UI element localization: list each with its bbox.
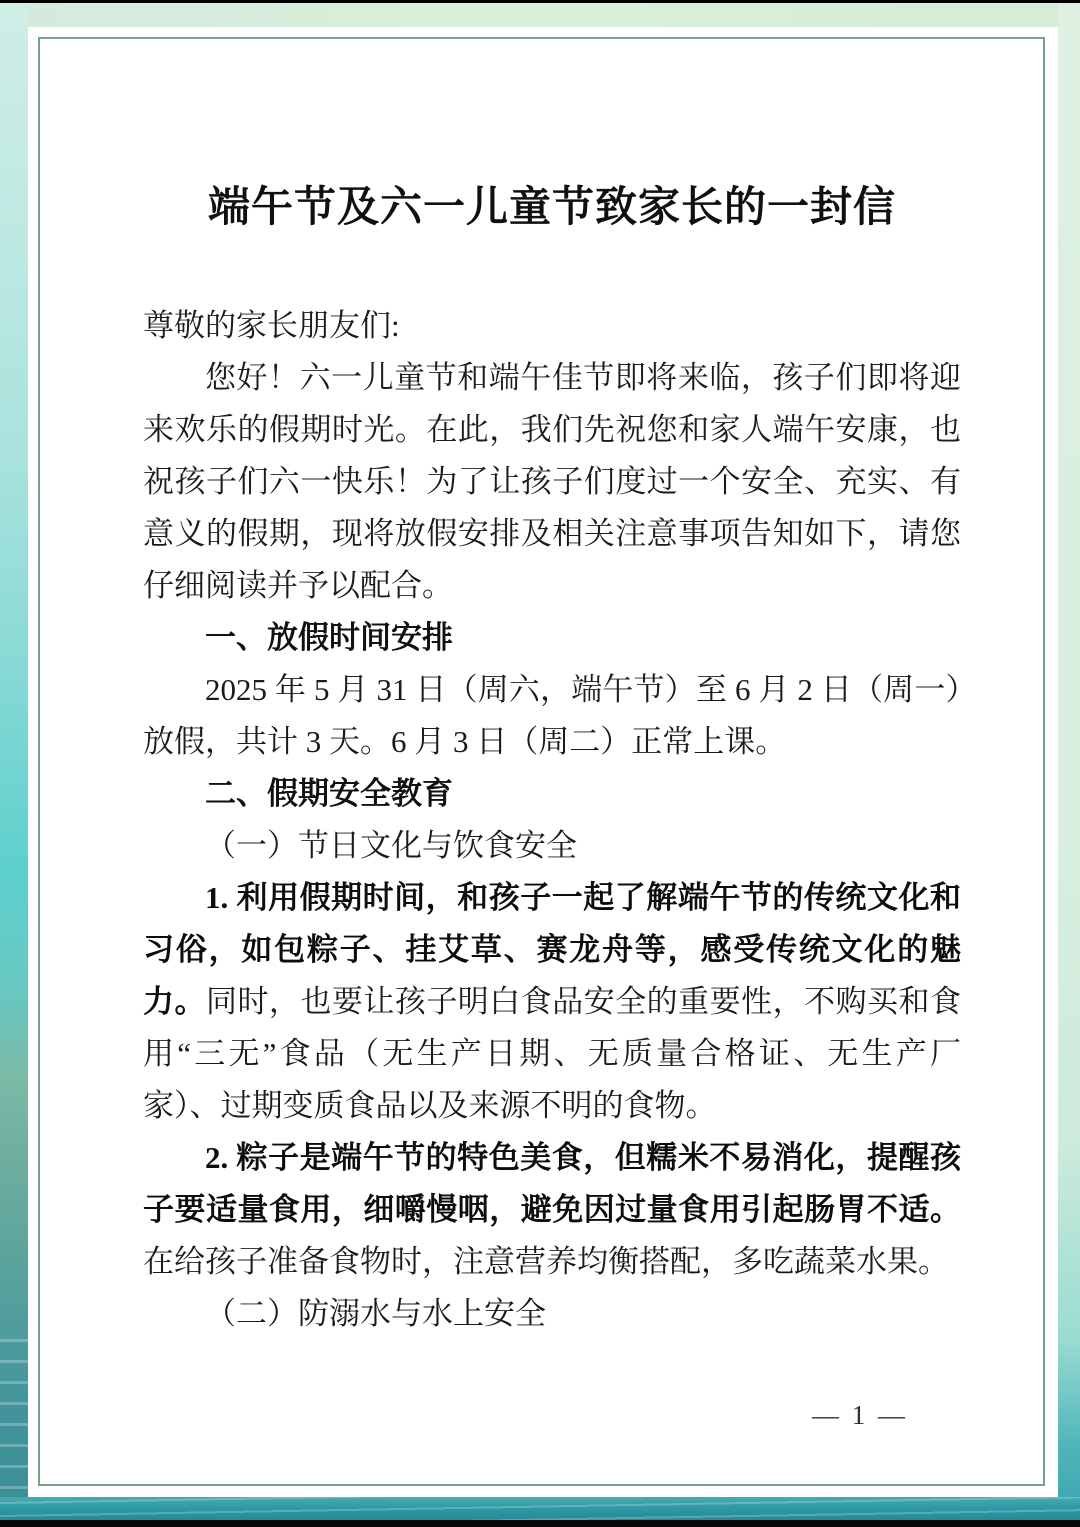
subsection-2-heading: （二）防溺水与水上安全 xyxy=(143,1288,961,1340)
screenshot-bottom-edge xyxy=(0,1520,1080,1527)
border-watercolor-top xyxy=(0,3,1080,27)
border-watercolor-bottom xyxy=(0,1497,1080,1520)
item-2-bold-text: 2. 粽子是端午节的特色美食，但糯米不易消化，提醒孩子要适量食用，细嚼慢咽，避免… xyxy=(143,1140,961,1227)
item-1-paragraph: 1. 利用假期时间，和孩子一起了解端午节的传统文化和习俗，如包粽子、挂艾草、赛龙… xyxy=(143,872,961,1132)
watercolor-water-texture-bottom xyxy=(0,1497,1080,1520)
intro-paragraph: 您好！六一儿童节和端午佳节即将来临，孩子们即将迎来欢乐的假期时光。在此，我们先祝… xyxy=(143,352,961,612)
border-watercolor-right xyxy=(1058,3,1080,1520)
page-number: — 1 — xyxy=(812,1400,908,1431)
item-1-rest-text: 同时，也要让孩子明白食品安全的重要性，不购买和食用“三无”食品（无生产日期、无质… xyxy=(143,984,961,1123)
section-1-heading: 一、放假时间安排 xyxy=(143,612,961,664)
subsection-1-heading: （一）节日文化与饮食安全 xyxy=(143,820,961,872)
item-2-rest-text: 在给孩子准备食物时，注意营养均衡搭配，多吃蔬菜水果。 xyxy=(143,1244,949,1279)
letter-title: 端午节及六一儿童节致家长的一封信 xyxy=(143,180,961,236)
letter-content: 端午节及六一儿童节致家长的一封信 尊敬的家长朋友们: 您好！六一儿童节和端午佳节… xyxy=(143,180,961,1340)
section-2-heading: 二、假期安全教育 xyxy=(143,768,961,820)
section-1-body: 2025 年 5 月 31 日（周六，端午节）至 6 月 2 日（周一）放假，共… xyxy=(143,664,961,768)
salutation: 尊敬的家长朋友们: xyxy=(143,300,961,352)
border-watercolor-left xyxy=(0,3,28,1520)
watercolor-water-texture-left xyxy=(0,1330,28,1520)
item-2-paragraph: 2. 粽子是端午节的特色美食，但糯米不易消化，提醒孩子要适量食用，细嚼慢咽，避免… xyxy=(143,1132,961,1288)
